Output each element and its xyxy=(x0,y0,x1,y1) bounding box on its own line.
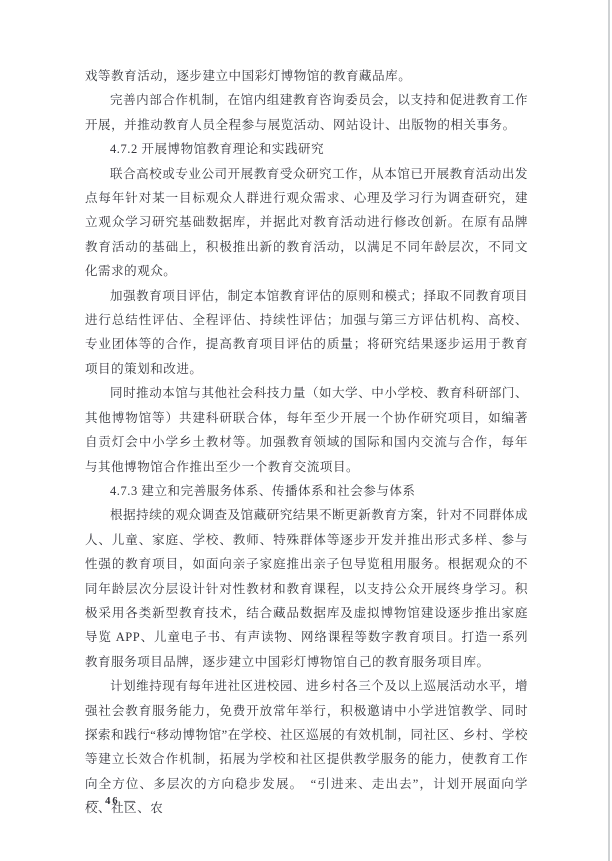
section-heading: 4.7.3 建立和完善服务体系、传播体系和社会参与体系 xyxy=(85,479,528,503)
scan-edge-line xyxy=(608,0,610,861)
body-paragraph: 加强教育项目评估，制定本馆教育评估的原则和模式；择取不同教育项目进行总结性评估、… xyxy=(85,284,528,382)
body-paragraph: 完善内部合作机制，在馆内组建教育咨询委员会，以支持和促进教育工作开展，并推动教育… xyxy=(85,88,528,137)
body-paragraph: 同时推动本馆与其他社会科技力量（如大学、中小学校、教育科研部门、其他博物馆等）共… xyxy=(85,381,528,479)
page-number: — 46 — xyxy=(88,796,137,807)
body-paragraph: 戏等教育活动，逐步建立中国彩灯博物馆的教育藏品库。 xyxy=(85,64,528,88)
document-content: 戏等教育活动，逐步建立中国彩灯博物馆的教育藏品库。完善内部合作机制，在馆内组建教… xyxy=(85,64,528,821)
body-paragraph: 联合高校或专业公司开展教育受众研究工作，从本馆已开展教育活动出发点每年针对某一目… xyxy=(85,162,528,284)
body-paragraph: 计划维持现有每年进社区进校园、进乡村各三个及以上巡展活动水平，增强社会教育服务能… xyxy=(85,674,528,820)
document-page: 戏等教育活动，逐步建立中国彩灯博物馆的教育藏品库。完善内部合作机制，在馆内组建教… xyxy=(0,0,612,861)
section-heading: 4.7.2 开展博物馆教育理论和实践研究 xyxy=(85,137,528,161)
body-paragraph: 根据持续的观众调查及馆藏研究结果不断更新教育方案，针对不同群体成人、儿童、家庭、… xyxy=(85,503,528,674)
